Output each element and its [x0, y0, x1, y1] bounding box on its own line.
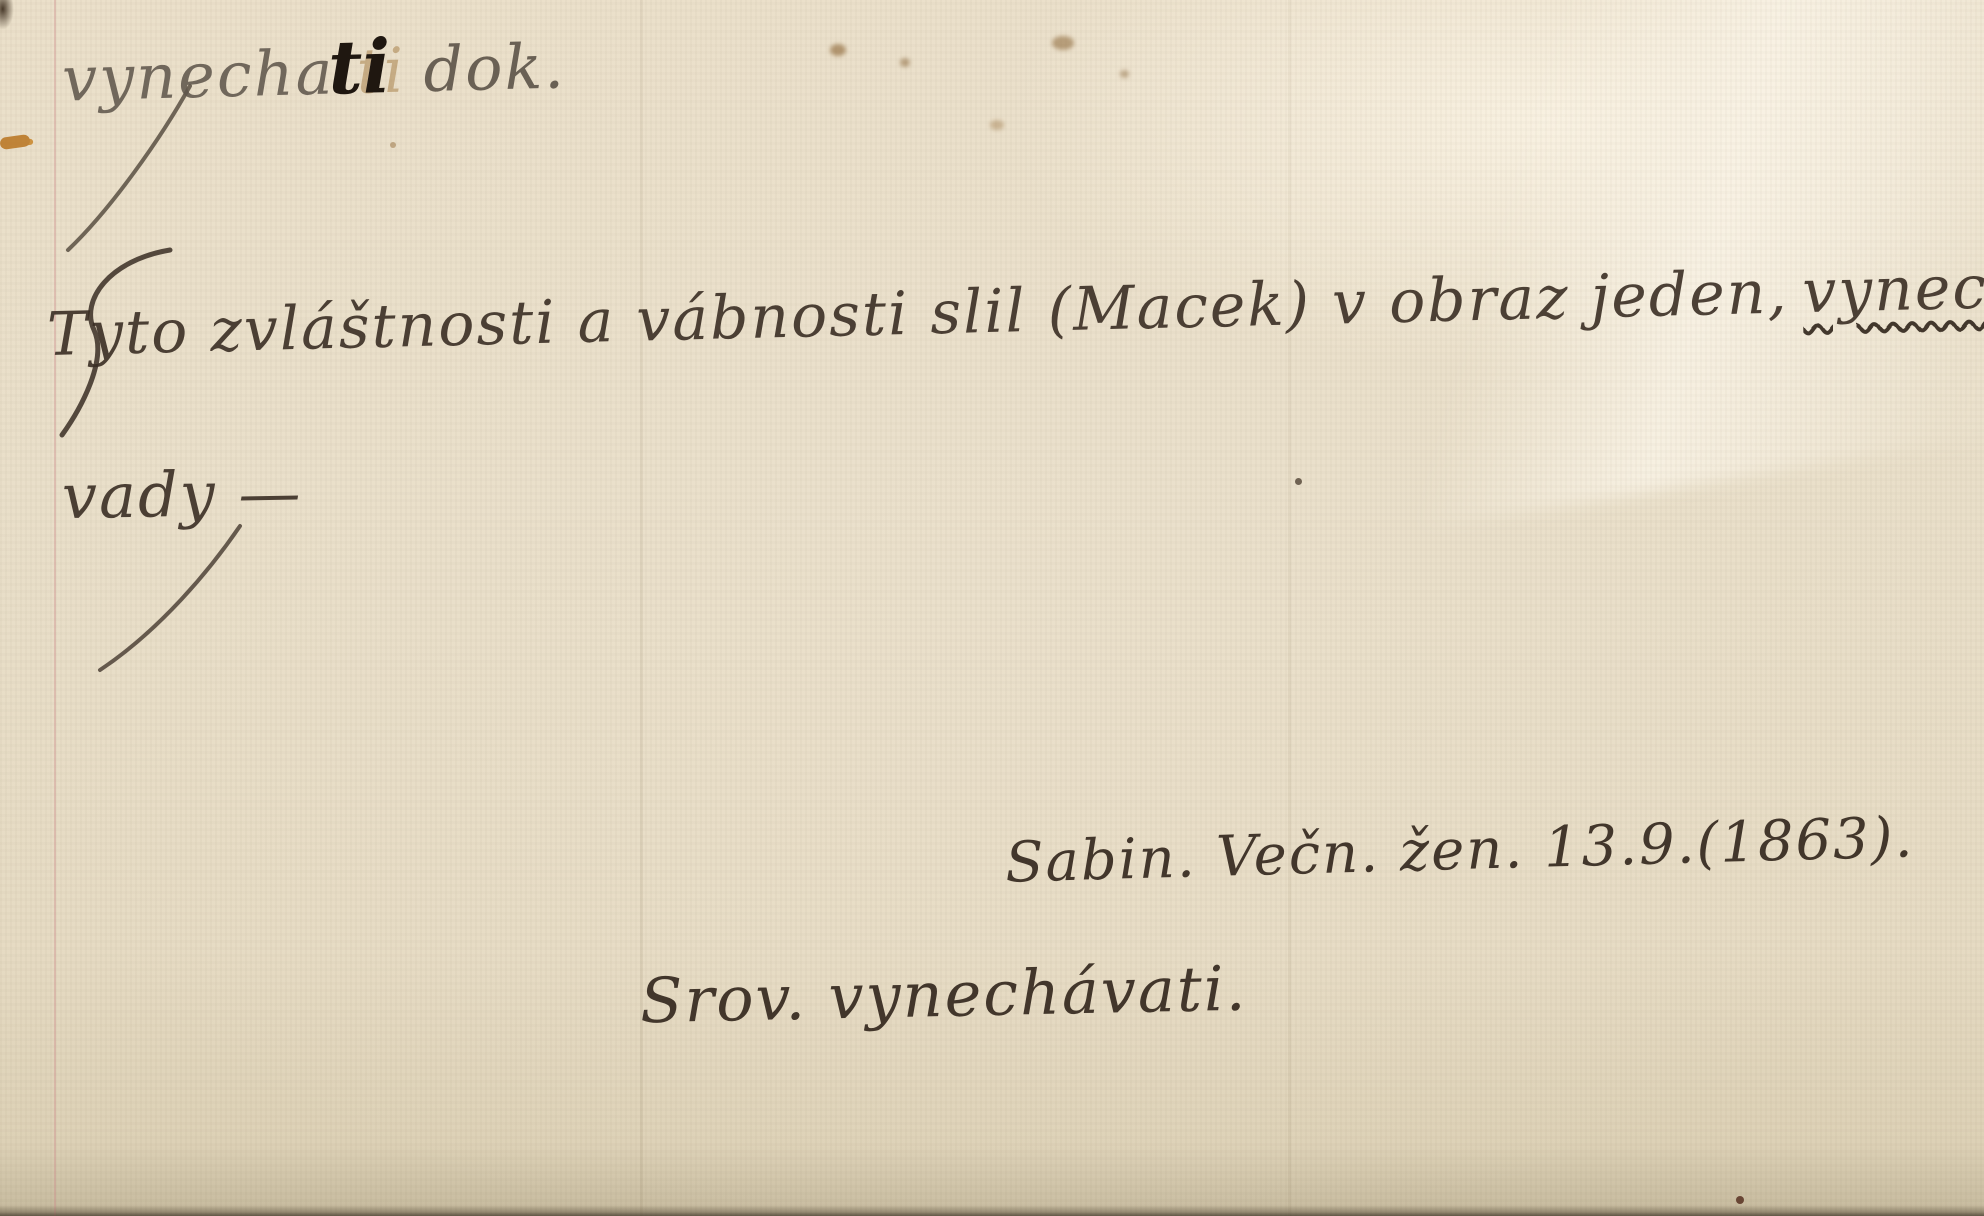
- quotation-line-2: vady —: [61, 456, 303, 533]
- ink-smudge: [990, 120, 1004, 130]
- ink-dot: [390, 142, 396, 148]
- ink-smudge: [830, 44, 846, 56]
- headword-base-text: vynecha: [61, 35, 335, 115]
- ink-smudge: [900, 58, 910, 67]
- ink-dot: [1736, 1196, 1744, 1204]
- corner-ink-mark: [0, 0, 14, 30]
- quotation-line-1: Tyto zvláštnosti a vábnosti slil (Macek)…: [46, 249, 1984, 370]
- scan-edge-shadow: [0, 1206, 1984, 1216]
- headword-line: vynechatitidok.: [61, 19, 567, 118]
- headword-grammar-abbrev: dok.: [422, 29, 566, 106]
- margin-rule-line: [54, 0, 56, 1216]
- quotation-underlined-word: vynechaje: [1802, 249, 1984, 327]
- headword-overwrite-correction: ti: [327, 24, 392, 112]
- pen-flourish-y-tail: [80, 520, 260, 680]
- quotation-text: Tyto zvláštnosti a vábnosti slil (Macek)…: [46, 257, 1789, 370]
- manuscript-card: vynechatitidok. Tyto zvláštnosti a vábno…: [0, 0, 1984, 1216]
- ink-dot: [1295, 478, 1302, 485]
- ink-smudge: [1120, 70, 1129, 78]
- paper-fold-line: [1288, 0, 1291, 1216]
- ink-smudge: [1052, 36, 1074, 50]
- paper-grain-texture: [0, 0, 1984, 1216]
- orange-stain-mark: [0, 134, 31, 150]
- cross-reference: Srov. vynechávati.: [639, 952, 1248, 1038]
- source-citation: Sabin. Večn. žen. 13.9.(1863).: [1004, 805, 1915, 895]
